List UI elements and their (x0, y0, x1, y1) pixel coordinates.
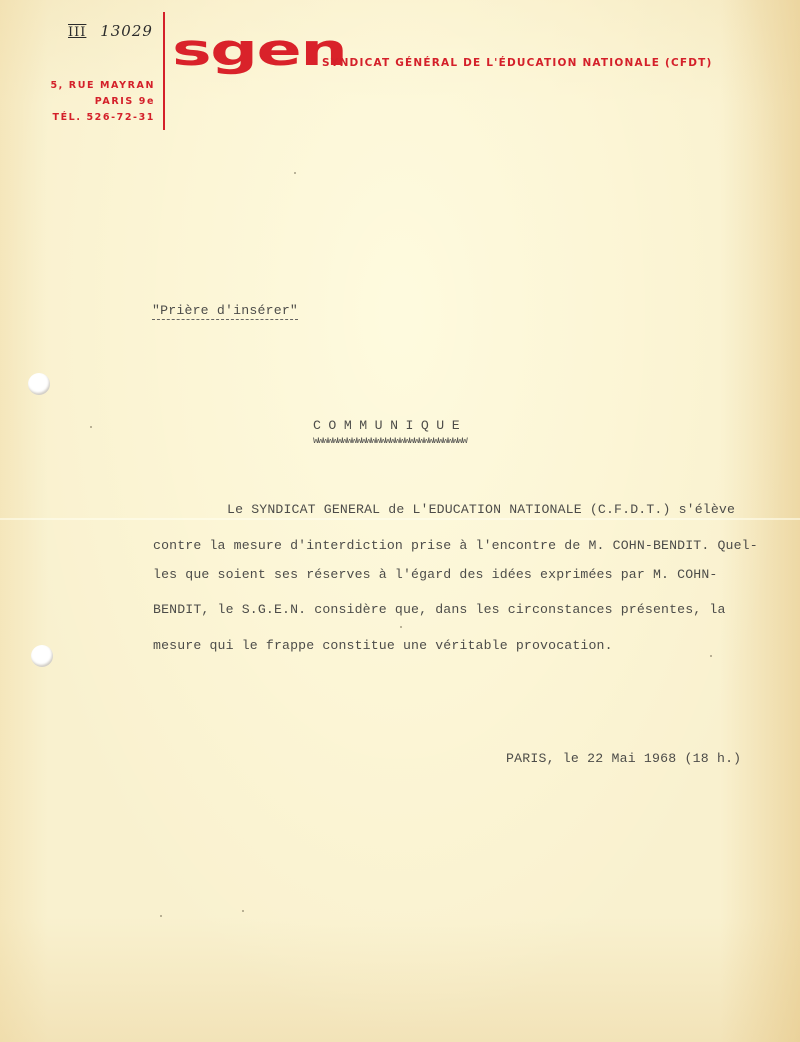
paper-speck (90, 426, 92, 428)
body-line: les que soient ses réserves à l'égard de… (153, 567, 717, 582)
body-line: mesure qui le frappe constitue une vérit… (153, 638, 613, 653)
punch-hole-top (28, 373, 50, 395)
body-line: BENDIT, le S.G.E.N. considère que, dans … (153, 602, 726, 617)
date-signoff: PARIS, le 22 Mai 1968 (18 h.) (506, 751, 741, 766)
archive-series: III (68, 25, 86, 40)
archive-reference: III 13029 (68, 22, 153, 40)
paper-fold-line (0, 518, 800, 520)
organization-name: SYNDICAT GÉNÉRAL DE L'ÉDUCATION NATIONAL… (322, 57, 713, 69)
body-line: contre la mesure d'interdiction prise à … (153, 538, 758, 553)
paper-speck (400, 626, 402, 628)
punch-hole-bottom (31, 645, 53, 667)
body-line: Le SYNDICAT GENERAL de L'EDUCATION NATIO… (227, 502, 735, 517)
insert-note: "Prière d'insérer" (152, 303, 298, 320)
archive-number: 13029 (100, 22, 153, 40)
address-phone: TÉL. 526-72-31 (50, 110, 155, 126)
document-title: COMMUNIQUE (313, 418, 467, 433)
paper-speck (710, 655, 712, 657)
paper-speck (242, 910, 244, 912)
address-street: 5, RUE MAYRAN (50, 78, 155, 94)
address-city: PARIS 9e (50, 94, 155, 110)
sgen-logo: sgen (172, 28, 346, 72)
letterhead-address: 5, RUE MAYRAN PARIS 9e TÉL. 526-72-31 (50, 78, 155, 126)
title-underline: wwwwwwwwwwwwwwwwwwwwwwwwwwwwwwww (313, 436, 467, 447)
paper-speck (160, 915, 162, 917)
letterhead-divider (163, 12, 165, 130)
paper-speck (294, 172, 296, 174)
